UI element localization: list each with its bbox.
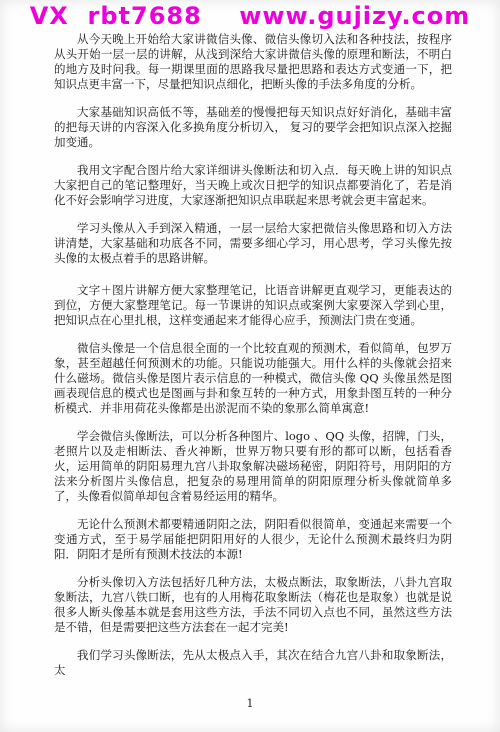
paragraph: 微信头像是一个信息很全面的一个比较直观的预测术，看似简单，包罗万象，甚至超越任何… [54,341,452,416]
paragraph: 无论什么预测术都要精通阴阳之法，阴阳看似很简单，变通起来需要一个变通方式，至于易… [54,517,452,562]
page-number: 1 [0,697,500,710]
paragraph: 从今天晚上开始给大家讲微信头像、微信头像切入法和各种技法，按程序从头开始一层一层… [54,32,452,92]
paragraph: 学习头像从入手到深入精通，一层一层给大家把微信头像思路和切入方法讲清楚，大家基础… [54,221,452,266]
paragraph: 学会微信头像断法，可以分析各种图片、logo 、QQ 头像，招牌，门头，老照片以… [54,429,452,504]
site-watermark-header: VX rbt7688 www.gujizy.com [0,0,500,29]
paragraph: 大家基础知识高低不等，基础差的慢慢把每天知识点好好消化，基础丰富的把每天讲的内容… [54,105,452,150]
paragraph: 分析头像切入方法包括好几种方法，太极点断法，取象断法，八卦九宫取象断法，九宫八铁… [54,575,452,635]
document-page: VX rbt7688 www.gujizy.com 从今天晚上开始给大家讲微信头… [0,0,500,732]
document-body: 从今天晚上开始给大家讲微信头像、微信头像切入法和各种技法，按程序从头开始一层一层… [0,29,500,678]
paragraph: 我们学习头像断法，先从太极点入手，其次在结合九宫八卦和取象断法，太 [54,648,452,678]
paragraph: 我用文字配合图片给大家详细讲头像断法和切入点．每天晚上讲的知识点大家把自己的笔记… [54,163,452,208]
paragraph: 文字＋图片讲解方便大家整理笔记，比语音讲解更直观学习，更能表达的到位，方便大家整… [54,283,452,328]
